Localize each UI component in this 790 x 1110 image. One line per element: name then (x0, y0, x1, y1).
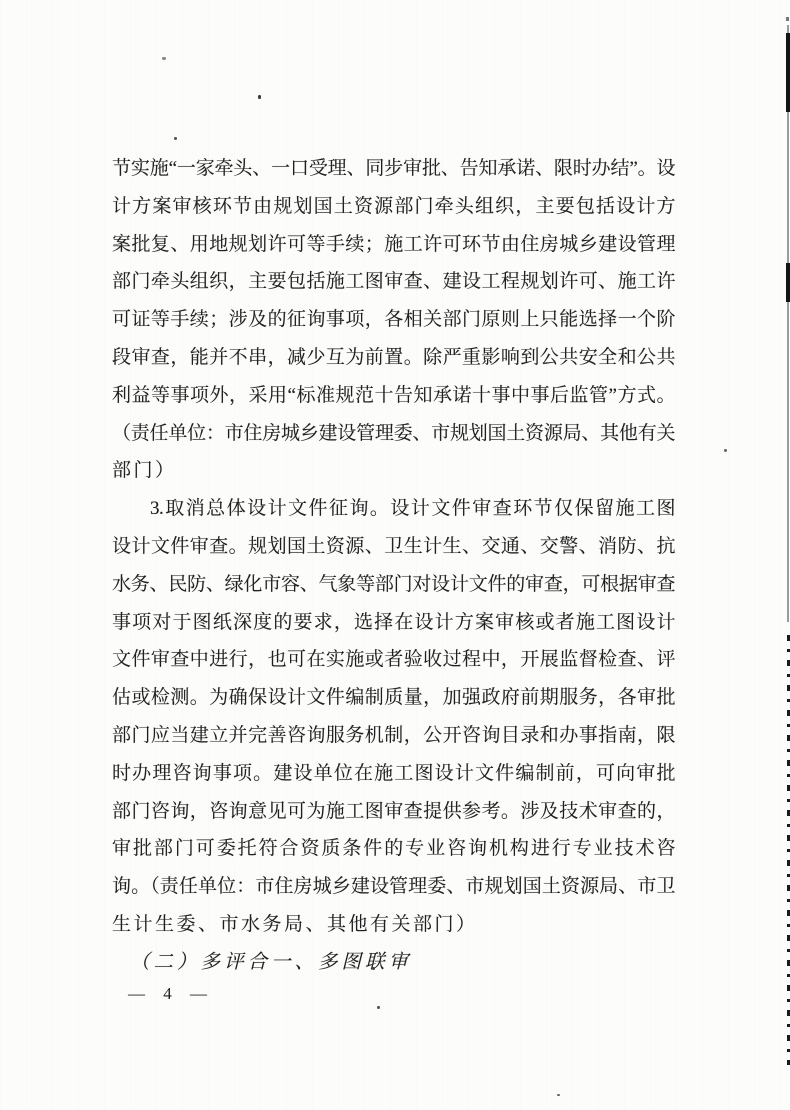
text-line: 生计生委、市水务局、其他有关部门） (112, 906, 675, 944)
text-line: （责任单位：市住房城乡建设管理委、市规划国土资源局、其他有关 (112, 415, 675, 453)
scanned-document-page: 节实施“一家牵头、一口受理、同步审批、告知承诺、限时办结”。设 计方案审核环节由… (0, 0, 790, 1110)
text-line: 时办理咨询事项。建设单位在施工图设计文件编制前，可向审批 (112, 755, 675, 793)
document-text-block: 节实施“一家牵头、一口受理、同步审批、告知承诺、限时办结”。设 计方案审核环节由… (112, 150, 675, 982)
scan-edge-line (787, 25, 789, 622)
scan-speck (372, 967, 375, 970)
text-line: 利益等事项外，采用“标准规范十告知承诺十事中事后监管”方式。 (112, 377, 675, 415)
text-line: 文件审查中进行，也可在实施或者验收过程中，开展监督检查、评 (112, 641, 675, 679)
page-number: — 4 — (128, 984, 211, 1004)
scan-speck (557, 1094, 560, 1096)
text-line: 询。（责任单位：市住房城乡建设管理委、市规划国土资源局、市卫 (112, 868, 675, 906)
scan-speck (724, 449, 727, 452)
text-line: 部门牵头组织，主要包括施工图审查、建设工程规划许可、施工许 (112, 263, 675, 301)
text-line: 可证等手续；涉及的征询事项，各相关部门原则上只能选择一个阶 (112, 301, 675, 339)
scan-speck (258, 95, 261, 99)
text-line: 设计文件审查。规划国土资源、卫生计生、交通、交警、消防、抗震、 (112, 528, 675, 566)
text-line: 段审查，能并不串，减少互为前置。除严重影响到公共安全和公共 (112, 339, 675, 377)
text-line: 审批部门可委托符合资质条件的专业咨询机构进行专业技术咨 (112, 830, 675, 868)
text-line: 水务、民防、绿化市容、气象等部门对设计文件的审查，可根据审查 (112, 566, 675, 604)
text-line: 部门） (112, 452, 675, 490)
scan-speck (162, 57, 166, 60)
text-line: 部门咨询，咨询意见可为施工图审查提供参考。涉及技术审查的， (112, 793, 675, 831)
scan-edge-tick (786, 17, 789, 21)
text-line: 事项对于图纸深度的要求，选择在设计方案审核或者施工图设计 (112, 604, 675, 642)
text-line: 估或检测。为确保设计文件编制质量，加强政府前期服务，各审批 (112, 679, 675, 717)
scan-speck (377, 1006, 380, 1009)
paragraph-start-line: 3.取消总体设计文件征询。设计文件审查环节仅保留施工图 (112, 490, 675, 528)
text-line: 案批复、用地规划许可等手续；施工许可环节由住房城乡建设管理 (112, 226, 675, 264)
scan-edge-black-bar (786, 263, 790, 302)
text-line: 部门应当建立并完善咨询服务机制，公开咨询目录和办事指南，限 (112, 717, 675, 755)
scan-speck (174, 137, 177, 140)
text-line: 计方案审核环节由规划国土资源部门牵头组织，主要包括设计方 (112, 188, 675, 226)
section-heading: （二）多评合一、多图联审 (112, 944, 675, 982)
scan-edge-black-bar (786, 33, 790, 112)
text-line: 节实施“一家牵头、一口受理、同步审批、告知承诺、限时办结”。设 (112, 150, 675, 188)
